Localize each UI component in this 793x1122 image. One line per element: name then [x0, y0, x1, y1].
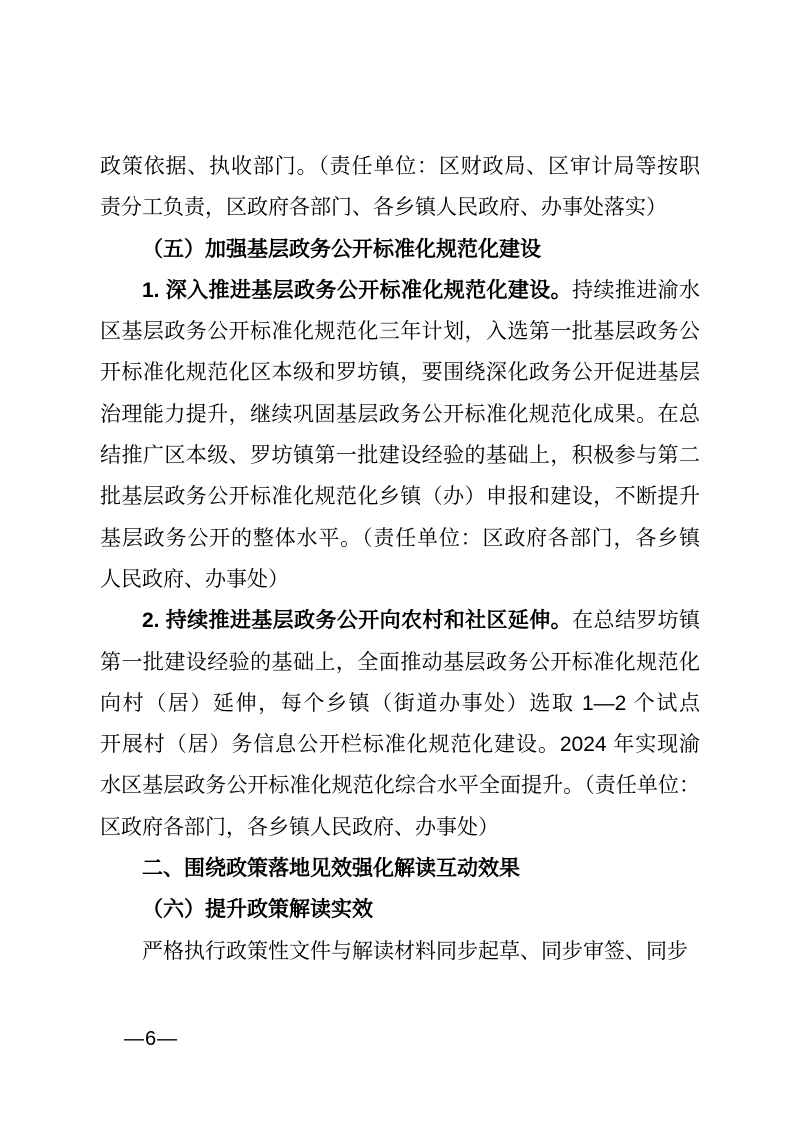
text-segment: （五）加强基层政务公开标准化规范化建设 — [142, 238, 541, 261]
body-line: 1. 深入推进基层政务公开标准化规范化建设。持续推进渝水 — [100, 270, 700, 311]
text-segment: 二、围绕政策落地见效强化解读互动效果 — [142, 857, 520, 880]
text-segment: 持续推进渝水 — [572, 279, 700, 302]
text-segment: 结推广区本级、罗坊镇第一批建设经验的基础上，积极参与第二 — [100, 444, 700, 467]
section-heading: （五）加强基层政务公开标准化规范化建设 — [100, 229, 700, 270]
text-segment: 基层政务公开的整体水平。（责任单位：区政府各部门，各乡镇 — [100, 527, 700, 550]
body-line: 开标准化规范化区本级和罗坊镇，要围绕深化政务公开促进基层 — [100, 352, 700, 393]
text-segment: 人民政府、办事处） — [100, 568, 289, 591]
body-line: 政策依据、执收部门。（责任单位：区财政局、区审计局等按职 — [100, 146, 700, 187]
body-line: 2. 持续推进基层政务公开向农村和社区延伸。在总结罗坊镇 — [100, 600, 700, 641]
section-heading: （六）提升政策解读实效 — [100, 889, 700, 930]
text-segment: 区政府各部门，各乡镇人民政府、办事处） — [100, 816, 499, 839]
text-segment: 开标准化规范化区本级和罗坊镇，要围绕深化政务公开促进基层 — [100, 361, 700, 384]
body-line: 水区基层政务公开标准化规范化综合水平全面提升。（责任单位： — [100, 765, 700, 806]
body-line: 开展村（居）务信息公开栏标准化规范化建设。2024 年实现渝 — [100, 724, 700, 765]
body-line: 治理能力提升，继续巩固基层政务公开标准化规范化成果。在总 — [100, 394, 700, 435]
body-line: 严格执行政策性文件与解读材料同步起草、同步审签、同步 — [100, 931, 700, 972]
section-heading: 二、围绕政策落地见效强化解读互动效果 — [100, 848, 700, 889]
body-line: 区基层政务公开标准化规范化三年计划，入选第一批基层政务公 — [100, 311, 700, 352]
body-line: 基层政务公开的整体水平。（责任单位：区政府各部门，各乡镇 — [100, 518, 700, 559]
text-segment: 向村（居）延伸，每个乡镇（街道办事处）选取 1—2 个试点村， — [100, 692, 700, 724]
page-number: —6— — [124, 1027, 178, 1051]
text-segment: 1. 深入推进基层政务公开标准化规范化建设。 — [142, 279, 572, 302]
text-segment: 政策依据、执收部门。（责任单位：区财政局、区审计局等按职 — [100, 155, 700, 178]
body-line: 向村（居）延伸，每个乡镇（街道办事处）选取 1—2 个试点村， — [100, 683, 700, 724]
text-segment: 批基层政务公开标准化规范化乡镇（办）申报和建设，不断提升 — [100, 485, 700, 508]
text-segment: 治理能力提升，继续巩固基层政务公开标准化规范化成果。在总 — [100, 403, 700, 426]
body-line: 第一批建设经验的基础上，全面推动基层政务公开标准化规范化 — [100, 642, 700, 683]
document-page: 政策依据、执收部门。（责任单位：区财政局、区审计局等按职责分工负责，区政府各部门… — [0, 0, 793, 1122]
text-segment: 严格执行政策性文件与解读材料同步起草、同步审签、同步 — [142, 940, 688, 963]
text-segment: （六）提升政策解读实效 — [142, 898, 373, 921]
text-segment: 开展村（居）务信息公开栏标准化规范化建设。2024 年实现渝 — [100, 733, 700, 756]
text-segment: 在总结罗坊镇 — [572, 609, 700, 632]
text-segment: 第一批建设经验的基础上，全面推动基层政务公开标准化规范化 — [100, 651, 700, 674]
document-body: 政策依据、执收部门。（责任单位：区财政局、区审计局等按职责分工负责，区政府各部门… — [100, 146, 700, 972]
text-segment: 2. 持续推进基层政务公开向农村和社区延伸。 — [142, 609, 572, 632]
body-line: 批基层政务公开标准化规范化乡镇（办）申报和建设，不断提升 — [100, 476, 700, 517]
text-segment: 区基层政务公开标准化规范化三年计划，入选第一批基层政务公 — [100, 320, 700, 343]
body-line: 责分工负责，区政府各部门、各乡镇人民政府、办事处落实） — [100, 187, 700, 228]
text-segment: 责分工负责，区政府各部门、各乡镇人民政府、办事处落实） — [100, 196, 667, 219]
body-line: 区政府各部门，各乡镇人民政府、办事处） — [100, 807, 700, 848]
body-line: 人民政府、办事处） — [100, 559, 700, 600]
text-segment: 水区基层政务公开标准化规范化综合水平全面提升。（责任单位： — [100, 774, 700, 797]
body-line: 结推广区本级、罗坊镇第一批建设经验的基础上，积极参与第二 — [100, 435, 700, 476]
